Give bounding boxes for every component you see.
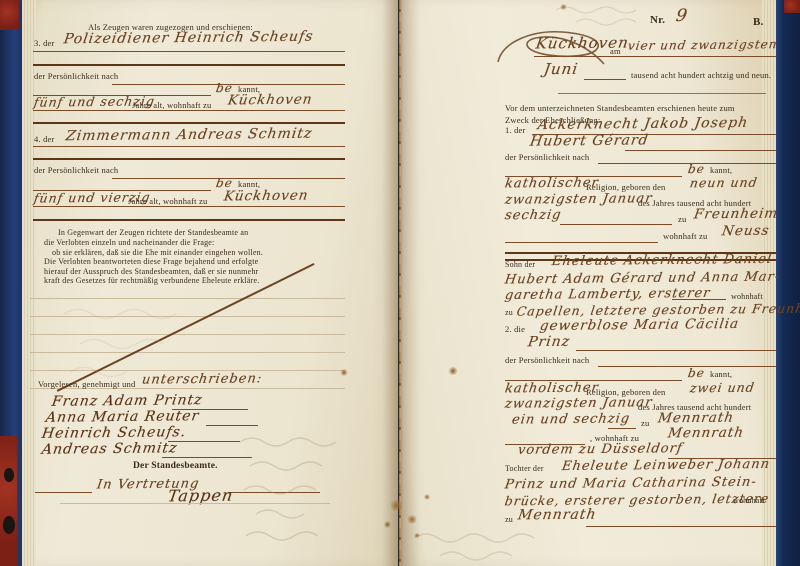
foxing-spot [448,367,458,375]
identity-label: der Persönlichkeit nach [505,152,589,162]
bride-name2-handwriting: Prinz [527,334,571,350]
year-label: tausend acht hundert achtzig und neun. [631,70,771,80]
groom-residence-handwriting: Neuss [721,223,771,239]
age-label: Jahre alt, wohnhaft zu [132,100,211,110]
foxing-spot [560,4,567,10]
month-handwriting: Juni [543,60,580,78]
religion-label: Religion, geboren den [586,182,666,192]
witness4-number: 4. der [34,134,55,144]
groom-parents3-handwriting: garetha Lamberty, ersterer [504,286,712,303]
wohnhaft-word: wohnhaft [733,496,765,505]
rule [598,163,776,164]
groom-birthday2-handwriting: zwanzigsten Januar [504,191,654,208]
witness3-number: 3. der [34,38,55,48]
sohn-label: Sohn der [505,260,535,269]
declaration-line: In Gegenwart der Zeugen richtete der Sta… [58,228,248,237]
foxing-spot [424,494,430,500]
rule [206,425,258,426]
declaration-line: die Verlobten einzeln und nacheinander d… [44,238,214,247]
signature-groom: Franz Adam Printz [51,392,204,410]
rule [33,64,345,66]
page-edge-stack-left [22,0,36,566]
cover-corner-red-top-right [784,0,800,13]
registry-book-photo: Als Zeugen waren zugezogen und erschiene… [0,0,800,566]
bride-birthyear-handwriting: ein und sechzig [511,411,631,427]
cover-corner-red-top-left [0,0,19,30]
rule [168,441,240,442]
rule [672,299,726,300]
rule [505,242,658,243]
declaration-line: hierauf der Ausspruch des Standesbeamten… [44,267,258,276]
groom-parents2-handwriting: Hubert Adam Gérard und Anna Mar- [504,270,781,288]
wohnhaft-label: wohnhaft zu [663,231,707,241]
signature-witness3: Heinrich Scheufs. [41,424,188,442]
rule [33,51,345,52]
bleed-through-ghost [60,300,260,380]
vorgelesen-label: Vorgelesen, genehmigt und [38,379,135,389]
rule [608,428,636,429]
book-gutter-shadow [382,0,420,566]
groom-name1-handwriting: Ackerknecht Jakob Joseph [537,115,750,133]
foxing-spot [340,369,348,376]
kannt-label: kannt, [710,165,732,175]
foxing-spot [390,500,403,511]
am-label: am [610,46,621,56]
bride-number: 2. die [505,324,525,334]
zu-label: zu [505,308,513,317]
groom-bekannt-handwriting: be [687,162,706,176]
rule [576,350,776,351]
rule [534,56,776,57]
rule [33,146,345,147]
rule [35,492,92,493]
rule [560,224,672,225]
witness4-residence-handwriting: Kückhoven [223,188,310,205]
cover-wear-spot [4,468,14,482]
date-day-handwriting: vier und zwanzigsten [627,37,779,53]
groom-birthyear-handwriting: sechzig [504,208,563,224]
zu-label: zu [641,418,649,428]
groom-number: 1. der [505,125,526,135]
cover-corner-red-bottom-left [0,436,17,566]
bride-birthday1-handwriting: zwei und [689,380,756,396]
declaration-line: kraft des Gesetzes für rechtmäßig verbun… [44,276,259,285]
rule [33,206,345,207]
signature-witness4: Andreas Schmitz [41,440,179,457]
bleed-through-ghost [410,528,580,564]
declaration-line: Die Verlobten beantworteten diese Frage … [44,257,258,266]
bride-former-residence-handwriting: vordem zu Düsseldorf [517,441,684,458]
registrar-title: Der Standesbeamte. [133,461,218,471]
groom-birthplace-handwriting: Freunheim [693,206,780,223]
identity-label: der Persönlichkeit nach [34,71,118,81]
bride-bekannt-handwriting: be [687,366,706,380]
rule [558,93,766,94]
bride-residence-handwriting: Mennrath [667,425,745,442]
groom-birthday1-handwriting: neun und [689,175,759,191]
identity-label: der Persönlichkeit nach [34,165,118,175]
intro-line1: Vor dem unterzeichneten Standesbeamten e… [505,103,735,113]
rule [33,158,345,160]
form-letter: B. [753,16,764,28]
rule [584,79,626,80]
foxing-spot [407,515,417,524]
rule [586,526,776,527]
cover-wear-spot [3,516,15,534]
bride-parents1-handwriting: Eheleute Leinweber Johann [561,457,771,474]
age-label: Jahre alt, wohnhaft zu [128,196,207,206]
bride-parents4-handwriting: Mennrath [517,507,598,524]
groom-parents1-handwriting: Eheleute Ackerknecht Daniel [551,252,773,269]
wohnhaft-word: wohnhaft [731,292,763,301]
blank-rule [30,298,345,299]
witness3-name-handwriting: Polizeidiener Heinrich Scheufs [63,29,315,48]
signature-bride: Anna Maria Reuter [45,408,201,426]
book-gutter-seam [399,0,401,566]
witness3-residence-handwriting: Kückhoven [227,92,314,109]
tochter-label: Tochter der [505,464,544,473]
identity-label: der Persönlichkeit nach [505,355,589,365]
foxing-spot [414,533,420,538]
rule [625,150,776,151]
bleed-through-ghost [236,430,386,550]
witness4-name-handwriting: Zimmermann Andreas Schmitz [65,126,314,145]
rule [33,122,345,124]
foxing-spot [384,521,391,528]
groom-name2-handwriting: Hubert Gérard [529,132,650,149]
rule [598,366,776,367]
rule [33,110,345,111]
rule [33,219,345,221]
bleed-through-ghost [552,2,702,28]
bride-parents2-handwriting: Prinz und Maria Catharina Stein- [504,475,758,493]
zu-label: zu [505,515,513,524]
bride-parents3-handwriting: brücke, ersterer gestorben, letztere [504,491,771,509]
kannt-label: kannt, [710,369,732,379]
bride-birthday2-handwriting: zwanzigsten Januar [504,395,654,412]
declaration-line: ob sie erklären, daß sie die Ehe mit ein… [52,248,263,257]
zu-label: zu [678,214,686,224]
bride-name1-handwriting: gewerblose Maria Cäcilia [539,316,741,334]
